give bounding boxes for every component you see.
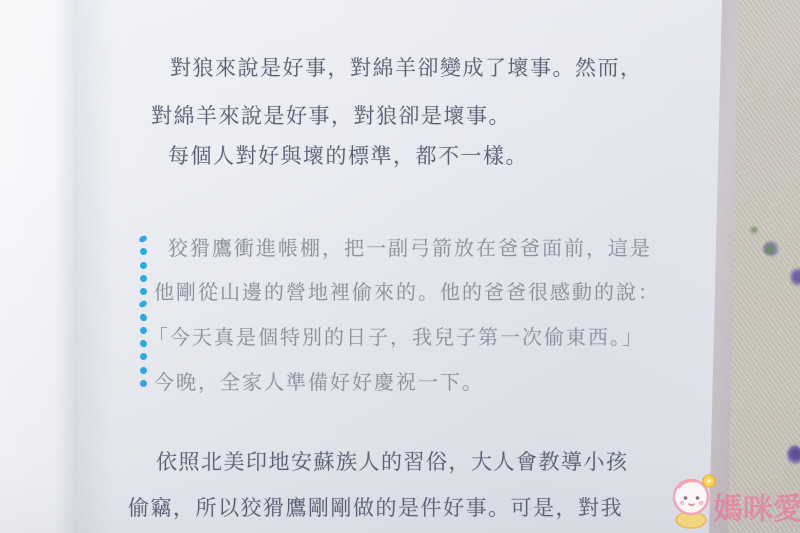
dot	[139, 339, 148, 348]
fabric-flower-print	[790, 266, 800, 288]
dot	[140, 262, 147, 269]
quote-line-3: 「今天真是個特別的日子，我兒子第一次偷東西。」	[148, 321, 644, 350]
dot	[140, 288, 147, 295]
paragraph-top-line-2: 對綿羊來說是好事，對狼卻是壞事。	[151, 100, 511, 130]
dot	[140, 353, 147, 360]
quote-line-4: 今晚，全家人準備好好慶祝一下。	[154, 366, 484, 395]
paragraph-top-line-3: 每個人對好與壞的標準，都不一樣。	[168, 140, 528, 170]
dot	[140, 327, 147, 334]
dotted-accent-line	[139, 236, 147, 387]
dot	[140, 367, 147, 374]
dot	[138, 235, 148, 243]
fabric-flower-print	[763, 241, 780, 256]
watermark-brand-text: 媽咪愛	[713, 484, 800, 528]
watermark: 媽咪愛	[671, 473, 800, 529]
dot	[140, 380, 147, 387]
dot	[138, 300, 148, 308]
paragraph-bottom-line-1: 依照北美印地安蘇族人的習俗，大人會教導小孩	[156, 446, 629, 476]
paragraph-bottom-line-2: 偷竊，所以狡猾鷹剛剛做的是件好事。可是，對我	[128, 492, 623, 522]
baby-face-icon	[671, 473, 717, 529]
quote-line-1: 狡猾鷹衝進帳棚，把一副弓箭放在爸爸面前，這是	[168, 232, 652, 261]
quote-line-2: 他剛從山邊的營地裡偷來的。他的爸爸很感動的說：	[154, 276, 660, 305]
book-page-photo: 對狼來說是好事，對綿羊卻變成了壞事。然而， 對綿羊來說是好事，對狼卻是壞事。 每…	[0, 0, 800, 533]
dot	[140, 248, 147, 255]
fabric-flower-print	[787, 445, 800, 465]
dot	[140, 275, 147, 282]
paragraph-top-line-1: 對狼來說是好事，對綿羊卻變成了壞事。然而，	[170, 52, 643, 82]
dot	[139, 313, 148, 322]
fabric-leaf-print	[749, 226, 759, 234]
